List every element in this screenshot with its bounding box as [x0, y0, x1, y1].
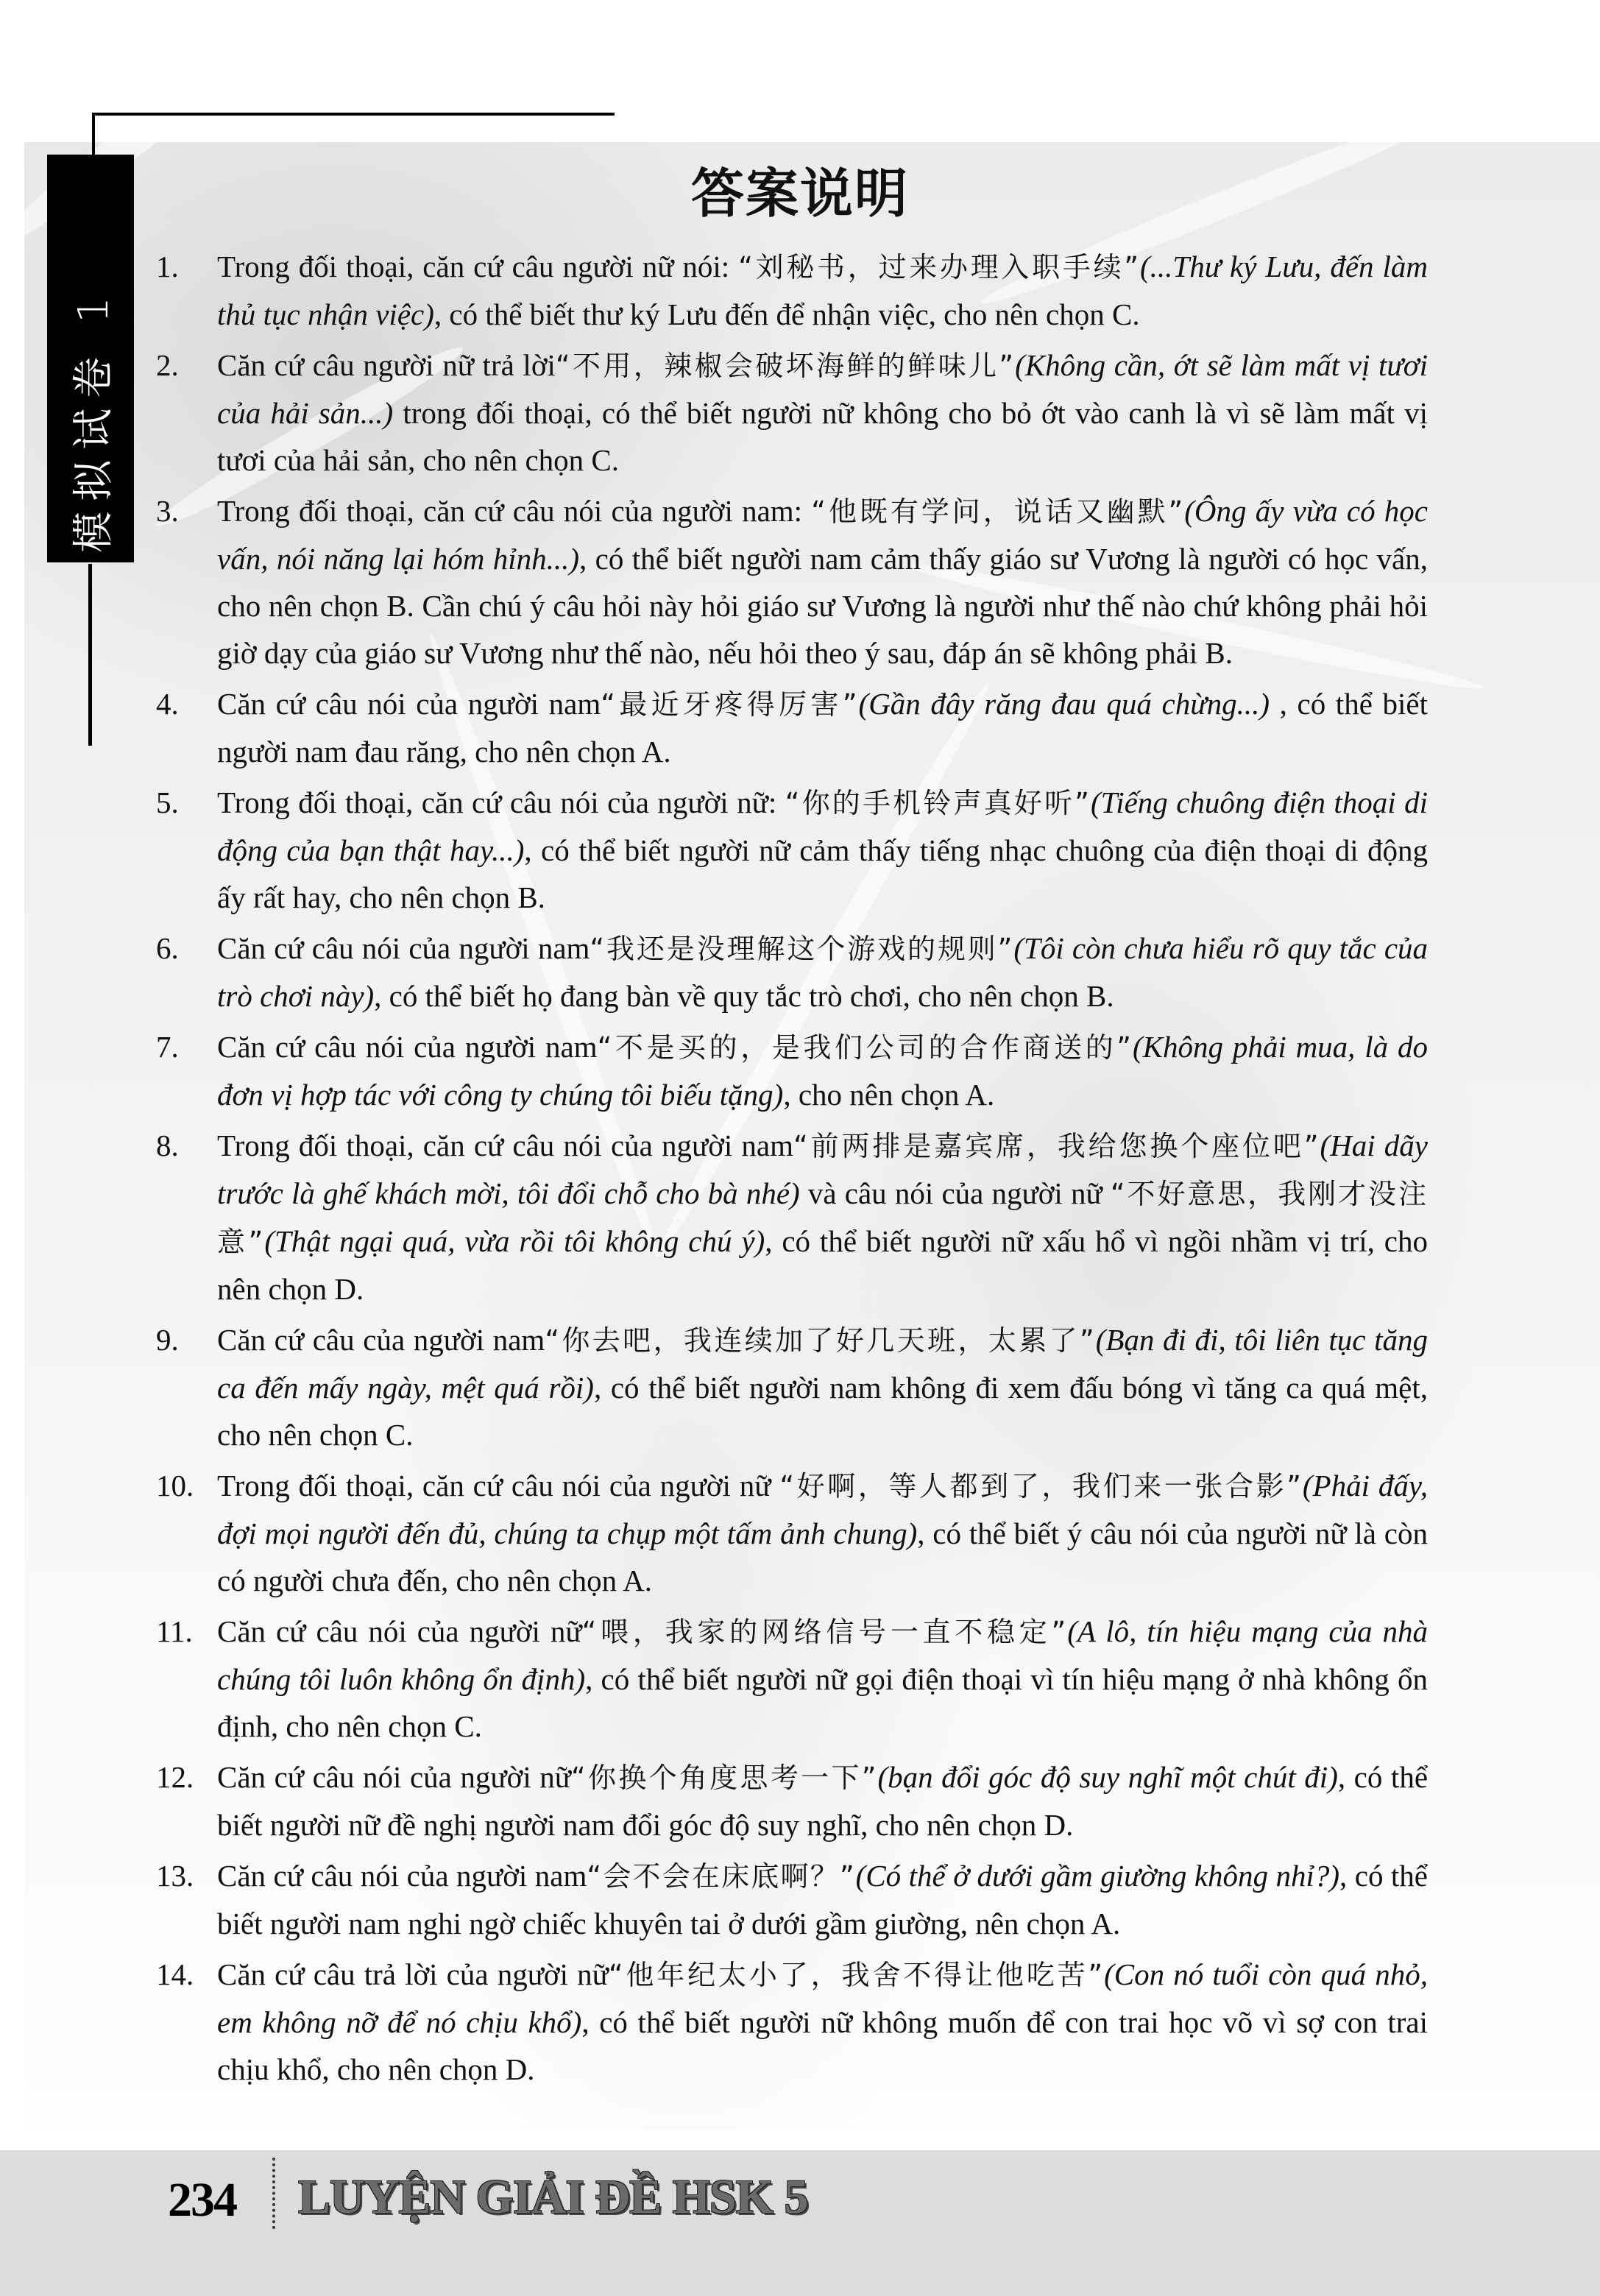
explanation-text: Trong đối thoại, căn cứ câu nói của ngườ… — [217, 785, 785, 819]
answer-item: 12.Căn cứ câu nói của người nữ“你换个角度思考一下… — [156, 1753, 1428, 1848]
answer-number: 10. — [156, 1462, 194, 1509]
chinese-quote: “你的手机铃声真好听” — [785, 787, 1091, 819]
explanation-text: Căn cứ câu của người nam — [217, 1323, 545, 1357]
answer-number: 5. — [156, 779, 179, 826]
explanation-text: Căn cứ câu nói của người nữ — [217, 1614, 582, 1648]
vietnamese-translation: (Có thể ở dưới gầm giường không nhỉ?) — [856, 1859, 1339, 1893]
explanation-text: Căn cứ câu trả lời của người nữ — [217, 1957, 609, 1991]
answer-number: 3. — [156, 487, 179, 534]
answer-item: 3.Trong đối thoại, căn cứ câu nói của ng… — [156, 487, 1428, 677]
explanation-text: , có thể biết họ đang bàn về quy tắc trò… — [374, 979, 1114, 1013]
chinese-quote: “不是买的，是我们公司的合作商送的” — [598, 1031, 1133, 1064]
vietnamese-translation: (bạn đổi góc độ suy nghĩ một chút đi) — [877, 1760, 1337, 1794]
answer-item: 1.Trong đối thoại, căn cứ câu người nữ n… — [156, 243, 1428, 338]
answer-item: 10.Trong đối thoại, căn cứ câu nói của n… — [156, 1462, 1428, 1604]
decorative-top-line — [92, 113, 615, 116]
chinese-quote: “喂，我家的网络信号一直不稳定” — [582, 1616, 1068, 1648]
page-title: 答案说明 — [0, 151, 1600, 227]
page-footer: 234 LUYỆN GIẢI ĐỀ HSK 5 — [0, 2150, 1600, 2296]
answer-item: 13.Căn cứ câu nói của người nam“会不会在床底啊？… — [156, 1852, 1428, 1947]
answer-item: 11.Căn cứ câu nói của người nữ“喂，我家的网络信号… — [156, 1608, 1428, 1750]
chinese-quote: “他年纪太小了，我舍不得让他吃苦” — [609, 1959, 1104, 1991]
answer-item: 4.Căn cứ câu nói của người nam“最近牙疼得厉害”(… — [156, 680, 1428, 775]
answer-number: 9. — [156, 1316, 179, 1363]
chinese-quote: “好啊，等人都到了，我们来一张合影” — [779, 1470, 1303, 1502]
answer-item: 14.Căn cứ câu trả lời của người nữ“他年纪太小… — [156, 1951, 1428, 2093]
answer-number: 12. — [156, 1753, 194, 1801]
explanation-text: Căn cứ câu nói của người nam — [217, 931, 590, 965]
chinese-quote: “前两排是嘉宾席，我给您换个座位吧” — [793, 1130, 1320, 1162]
explanation-text: , cho nên chọn A. — [783, 1078, 994, 1112]
explanation-text: Căn cứ câu nói của người nam — [217, 1859, 587, 1893]
answer-number: 11. — [156, 1608, 193, 1655]
chinese-quote: “他既有学问，说话又幽默” — [811, 495, 1184, 528]
explanation-text: , có thể biết thư ký Lưu đến để nhận việ… — [434, 297, 1140, 331]
answer-item: 6.Căn cứ câu nói của người nam“我还是没理解这个游… — [156, 925, 1428, 1020]
chinese-quote: “你去吧，我连续加了好几天班，太累了” — [545, 1324, 1095, 1357]
footer-dotted-divider — [272, 2158, 275, 2229]
decorative-side-line — [88, 564, 92, 746]
page-number: 234 — [168, 2172, 236, 2228]
vietnamese-translation: (Thật ngại quá, vừa rồi tôi không chú ý) — [264, 1224, 765, 1258]
answer-number: 13. — [156, 1852, 194, 1899]
explanation-text: Trong đối thoại, căn cứ câu nói của ngườ… — [217, 1128, 793, 1162]
answer-number: 4. — [156, 680, 179, 727]
explanation-text: trong đối thoại, có thể biết người nữ kh… — [217, 396, 1428, 477]
answer-number: 7. — [156, 1023, 179, 1070]
answer-item: 7.Căn cứ câu nói của người nam“不是买的，是我们公… — [156, 1023, 1428, 1118]
answer-item: 9.Căn cứ câu của người nam“你去吧，我连续加了好几天班… — [156, 1316, 1428, 1458]
chinese-quote: “不用，辣椒会破坏海鲜的鲜味儿” — [556, 350, 1015, 382]
chinese-quote: “我还是没理解这个游戏的规则” — [590, 933, 1013, 965]
chapter-side-tab-label: 模拟试卷 1 — [61, 286, 120, 552]
answer-number: 1. — [156, 243, 179, 290]
answer-number: 14. — [156, 1951, 194, 1998]
answer-explanations-list: 1.Trong đối thoại, căn cứ câu người nữ n… — [156, 243, 1428, 2097]
answer-number: 2. — [156, 342, 179, 389]
chinese-quote: “你换个角度思考一下” — [571, 1762, 877, 1794]
explanation-text: Trong đối thoại, căn cứ câu nói của ngườ… — [217, 1469, 779, 1502]
decorative-connector-line — [92, 113, 95, 155]
chinese-quote: “最近牙疼得厉害” — [601, 688, 858, 721]
explanation-text: Trong đối thoại, căn cứ câu người nữ nói… — [217, 250, 738, 283]
chinese-quote: “刘秘书，过来办理入职手续” — [738, 251, 1140, 283]
explanation-text: Căn cứ câu người nữ trả lời — [217, 348, 556, 382]
answer-item: 2.Căn cứ câu người nữ trả lời“不用，辣椒会破坏海鲜… — [156, 342, 1428, 484]
explanation-text: Căn cứ câu nói của người nam — [217, 687, 601, 721]
answer-item: 8.Trong đối thoại, căn cứ câu nói của ng… — [156, 1122, 1428, 1313]
answer-item: 5.Trong đối thoại, căn cứ câu nói của ng… — [156, 779, 1428, 921]
explanation-text: Căn cứ câu nói của người nữ — [217, 1760, 571, 1794]
explanation-text: và câu nói của người nữ — [800, 1176, 1111, 1210]
answer-number: 6. — [156, 925, 179, 972]
answer-number: 8. — [156, 1122, 179, 1169]
chinese-quote: “会不会在床底啊？” — [587, 1860, 855, 1893]
vietnamese-translation: (Gần đây răng đau quá chừng...) — [859, 687, 1270, 721]
explanation-text: Căn cứ câu nói của người nam — [217, 1030, 598, 1064]
book-title: LUYỆN GIẢI ĐỀ HSK 5 — [298, 2169, 807, 2225]
explanation-text: Trong đối thoại, căn cứ câu nói của ngườ… — [217, 494, 811, 528]
